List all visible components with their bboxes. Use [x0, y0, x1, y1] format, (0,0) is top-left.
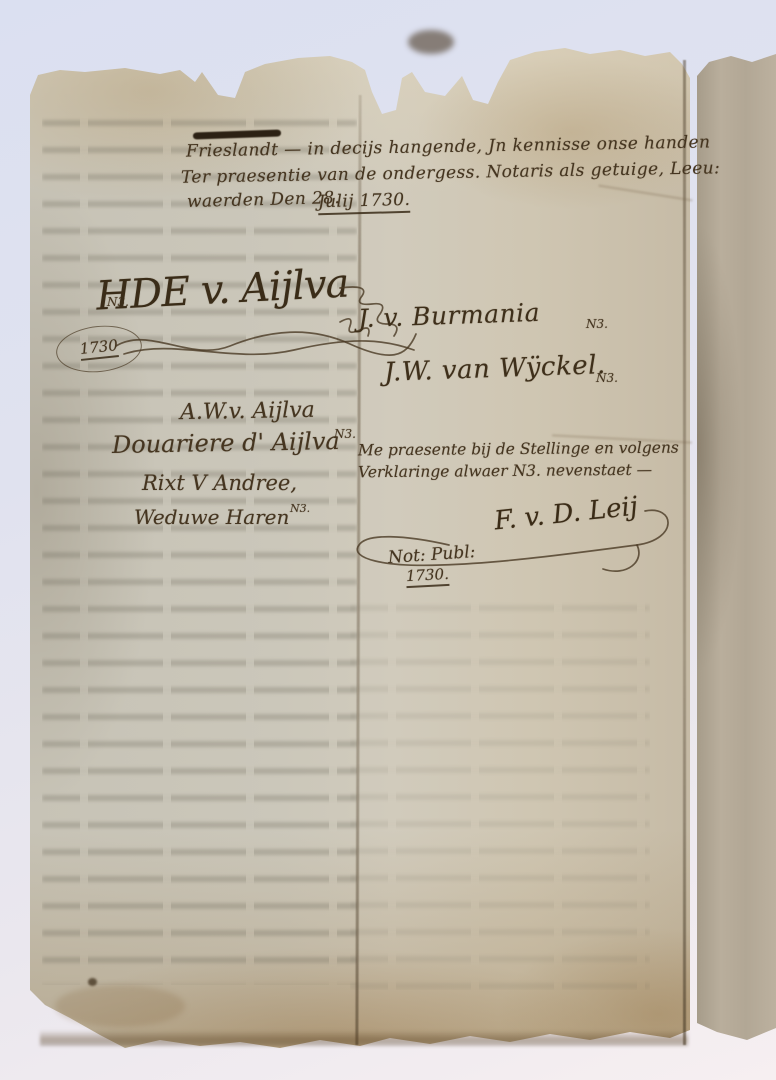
corner-stain: [55, 985, 185, 1027]
signature-burmania: J. v. Burmania: [358, 299, 541, 333]
attestation-line-1: Me praesente bij de Stellinge en volgens: [358, 440, 679, 460]
bottom-edge-shading: [40, 1030, 688, 1046]
signature-dowager-line-1: A.W.v. Aijlva: [180, 399, 315, 426]
adjacent-page-edge: [697, 48, 776, 1048]
signature-andree-line-1: Rixt V Andree,: [142, 472, 297, 495]
signature-andree-line-2: Weduwe Haren: [134, 506, 289, 528]
ink-stain: [408, 30, 454, 54]
dowager-n3-mark: N3.: [334, 428, 356, 441]
wyckel-n3-mark: N3.: [596, 372, 618, 385]
notary-year: 1730.: [406, 566, 450, 588]
burmania-n3-mark: N3.: [586, 318, 608, 331]
right-fold-crease: [683, 60, 686, 1045]
attestation-line-2: Verklaringe alwaer N3. nevenstaet —: [358, 462, 652, 482]
dark-spot: [88, 978, 97, 986]
showthrough-text-right: [350, 590, 650, 990]
year-1730: 1730: [79, 337, 119, 360]
signature-dowager-line-2: Douariere d' Aijlva: [112, 428, 340, 458]
showthrough-text-left: [42, 105, 357, 985]
andree-n3-mark: N3.: [290, 503, 310, 515]
manuscript-photo: Frieslandt — in decijs hangende, Jn kenn…: [0, 0, 776, 1080]
header-line-3-date: Julij 1730.: [318, 191, 411, 215]
